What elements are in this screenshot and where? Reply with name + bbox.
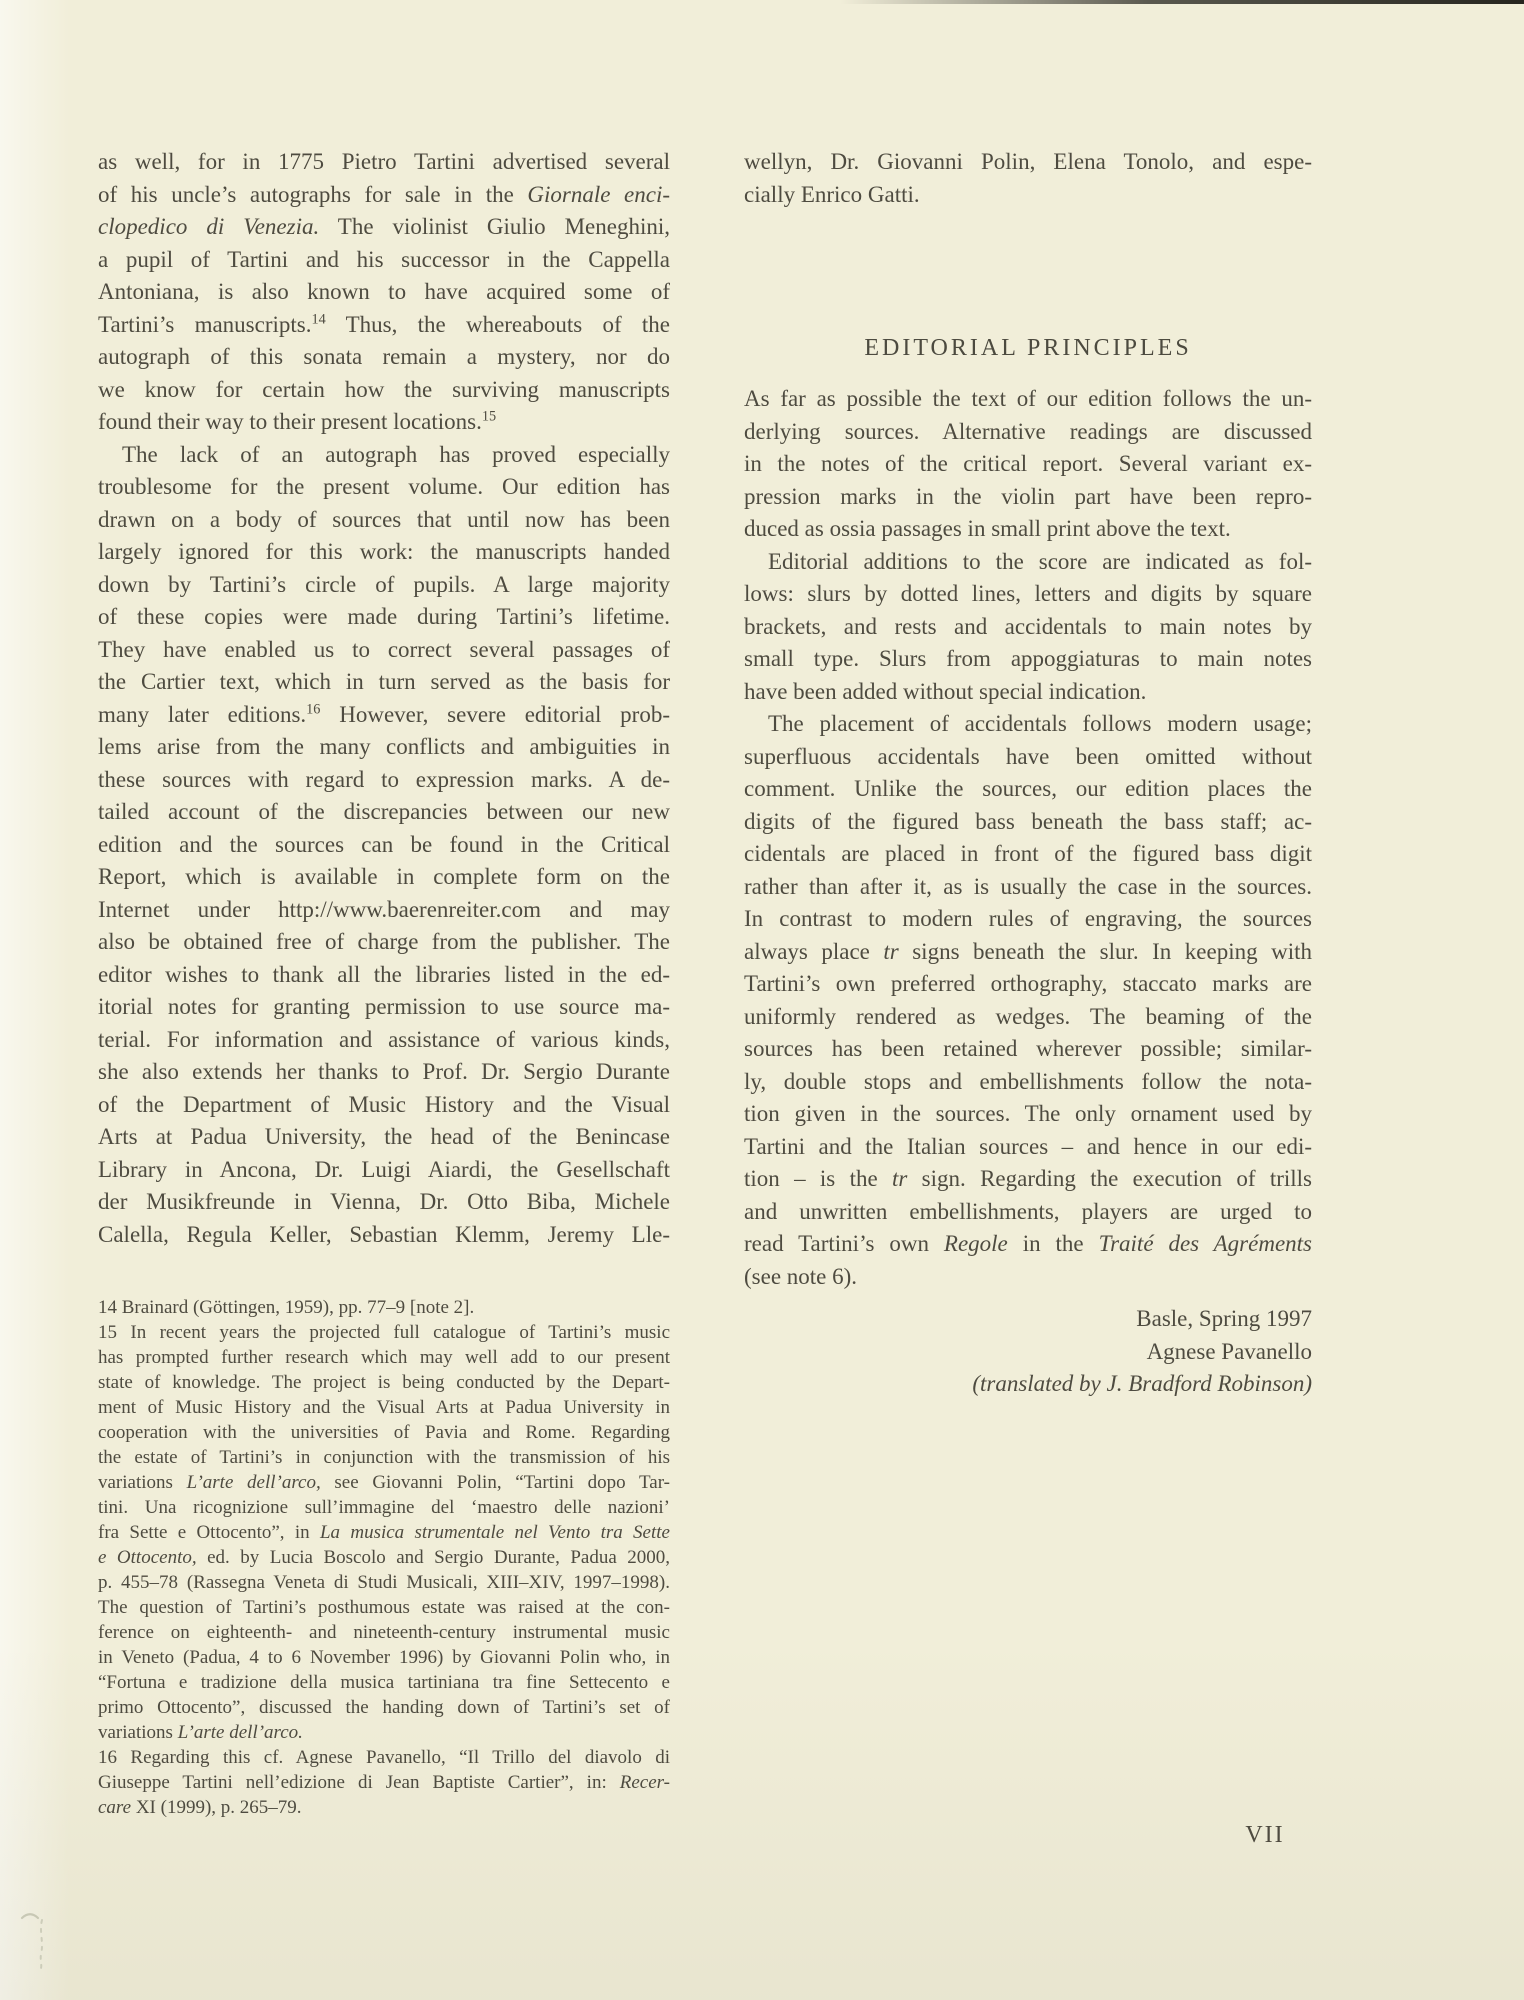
text-line: tion given in the sources. The only orna… — [744, 1098, 1312, 1131]
section-heading: EDITORIAL PRINCIPLES — [744, 333, 1312, 363]
text-line: Agnese Pavanello — [744, 1336, 1312, 1369]
text-line: many later editions.16 However, severe e… — [98, 699, 670, 732]
text-line: Tartini and the Italian sources – and he… — [744, 1131, 1312, 1164]
page-number: VII — [1185, 1822, 1345, 1849]
text-line: p. 455–78 (Rassegna Veneta di Studi Musi… — [98, 1570, 670, 1595]
text-line: der Musikfreunde in Vienna, Dr. Otto Bib… — [98, 1186, 670, 1219]
text-line: tini. Una ricognizione sull’immagine del… — [98, 1495, 670, 1520]
text-line: largely ignored for this work: the manus… — [98, 536, 670, 569]
text-line: As far as possible the text of our editi… — [744, 383, 1312, 416]
text-line: lows: slurs by dotted lines, letters and… — [744, 578, 1312, 611]
pencil-mark — [16, 1902, 60, 1974]
text-line: The question of Tartini’s posthumous est… — [98, 1595, 670, 1620]
text-line: Antoniana, is also known to have acquire… — [98, 276, 670, 309]
paragraph: As far as possible the text of our editi… — [744, 383, 1312, 546]
footnote: 16 Regarding this cf. Agnese Pavanello, … — [98, 1745, 670, 1820]
text-line: editor wishes to thank all the libraries… — [98, 959, 670, 992]
text-line: these sources with regard to expression … — [98, 764, 670, 797]
text-line: drawn on a body of sources that until no… — [98, 504, 670, 537]
text-line: fra Sette e Ottocento”, in La musica str… — [98, 1520, 670, 1545]
text-line: e Ottocento, ed. by Lucia Boscolo and Se… — [98, 1545, 670, 1570]
text-line: of the Department of Music History and t… — [98, 1089, 670, 1122]
text-line: 14 Brainard (Göttingen, 1959), pp. 77–9 … — [98, 1295, 670, 1320]
signature-block: Basle, Spring 1997Agnese Pavanello(trans… — [744, 1303, 1312, 1401]
text-line: as well, for in 1775 Pietro Tartini adve… — [98, 146, 670, 179]
text-line: of his uncle’s autographs for sale in th… — [98, 179, 670, 212]
text-line: care XI (1999), p. 265–79. — [98, 1795, 670, 1820]
text-line: itorial notes for granting permission to… — [98, 991, 670, 1024]
footnotes: 14 Brainard (Göttingen, 1959), pp. 77–9 … — [98, 1295, 670, 1820]
text-line: she also extends her thanks to Prof. Dr.… — [98, 1056, 670, 1089]
left-body-text: as well, for in 1775 Pietro Tartini adve… — [98, 146, 670, 1251]
text-line: Giuseppe Tartini nell’edizione di Jean B… — [98, 1770, 670, 1795]
text-line: always place tr signs beneath the slur. … — [744, 936, 1312, 969]
text-line: in Veneto (Padua, 4 to 6 November 1996) … — [98, 1645, 670, 1670]
book-page: as well, for in 1775 Pietro Tartini adve… — [0, 0, 1524, 2000]
text-line: rather than after it, as is usually the … — [744, 871, 1312, 904]
footnote: 14 Brainard (Göttingen, 1959), pp. 77–9 … — [98, 1295, 670, 1320]
text-line: duced as ossia passages in small print a… — [744, 513, 1312, 546]
text-line: ment of Music History and the Visual Art… — [98, 1395, 670, 1420]
text-line: clopedico di Venezia. The violinist Giul… — [98, 211, 670, 244]
paragraph: as well, for in 1775 Pietro Tartini adve… — [98, 146, 670, 439]
text-line: a pupil of Tartini and his successor in … — [98, 244, 670, 277]
text-line: terial. For information and assistance o… — [98, 1024, 670, 1057]
text-line: They have enabled us to correct several … — [98, 634, 670, 667]
paragraph: The lack of an autograph has proved espe… — [98, 439, 670, 1252]
text-line: found their way to their present locatio… — [98, 406, 670, 439]
text-line: also be obtained free of charge from the… — [98, 926, 670, 959]
text-line: tailed account of the discrepancies betw… — [98, 796, 670, 829]
text-line: digits of the figured bass beneath the b… — [744, 806, 1312, 839]
text-line: Calella, Regula Keller, Sebastian Klemm,… — [98, 1219, 670, 1252]
text-line: (see note 6). — [744, 1261, 1312, 1294]
text-line: and unwritten embellishments, players ar… — [744, 1196, 1312, 1229]
text-line: edition and the sources can be found in … — [98, 829, 670, 862]
text-line: Report, which is available in complete f… — [98, 861, 670, 894]
text-line: Library in Ancona, Dr. Luigi Aiardi, the… — [98, 1154, 670, 1187]
right-body-text: wellyn, Dr. Giovanni Polin, Elena Tonolo… — [744, 146, 1312, 1401]
text-line: state of knowledge. The project is being… — [98, 1370, 670, 1395]
text-line: read Tartini’s own Regole in the Traité … — [744, 1228, 1312, 1261]
scan-edge-shadow — [840, 0, 1524, 4]
text-line: variations L’arte dell’arco. — [98, 1720, 670, 1745]
text-line: Arts at Padua University, the head of th… — [98, 1121, 670, 1154]
text-line: the estate of Tartini’s in conjunction w… — [98, 1445, 670, 1470]
paragraph: wellyn, Dr. Giovanni Polin, Elena Tonolo… — [744, 146, 1312, 211]
text-line: (translated by J. Bradford Robinson) — [744, 1368, 1312, 1401]
text-line: variations L’arte dell’arco, see Giovann… — [98, 1470, 670, 1495]
text-line: tion – is the tr sign. Regarding the exe… — [744, 1163, 1312, 1196]
text-line: cially Enrico Gatti. — [744, 179, 1312, 212]
text-line: down by Tartini’s circle of pupils. A la… — [98, 569, 670, 602]
text-line: lems arise from the many conflicts and a… — [98, 731, 670, 764]
text-line: uniformly rendered as wedges. The beamin… — [744, 1001, 1312, 1034]
text-line: Basle, Spring 1997 — [744, 1303, 1312, 1336]
text-line: wellyn, Dr. Giovanni Polin, Elena Tonolo… — [744, 146, 1312, 179]
text-line: ference on eighteenth- and nineteenth-ce… — [98, 1620, 670, 1645]
left-column: as well, for in 1775 Pietro Tartini adve… — [98, 146, 670, 1820]
text-line: we know for certain how the surviving ma… — [98, 374, 670, 407]
text-line: the Cartier text, which in turn served a… — [98, 666, 670, 699]
text-line: 16 Regarding this cf. Agnese Pavanello, … — [98, 1745, 670, 1770]
text-line: cidentals are placed in front of the fig… — [744, 838, 1312, 871]
text-line: cooperation with the universities of Pav… — [98, 1420, 670, 1445]
text-line: troublesome for the present volume. Our … — [98, 471, 670, 504]
text-line: in the notes of the critical report. Sev… — [744, 448, 1312, 481]
text-line: “Fortuna e tradizione della musica tarti… — [98, 1670, 670, 1695]
text-line: brackets, and rests and accidentals to m… — [744, 611, 1312, 644]
text-line: Internet under http://www.baerenreiter.c… — [98, 894, 670, 927]
text-line: has prompted further research which may … — [98, 1345, 670, 1370]
right-column: wellyn, Dr. Giovanni Polin, Elena Tonolo… — [744, 146, 1312, 1401]
text-line: In contrast to modern rules of engraving… — [744, 903, 1312, 936]
text-line: have been added without special indicati… — [744, 676, 1312, 709]
paragraph: Editorial additions to the score are ind… — [744, 546, 1312, 709]
text-line: comment. Unlike the sources, our edition… — [744, 773, 1312, 806]
text-line: ly, double stops and embellishments foll… — [744, 1066, 1312, 1099]
text-line: The placement of accidentals follows mod… — [744, 708, 1312, 741]
text-line: primo Ottocento”, discussed the handing … — [98, 1695, 670, 1720]
text-line: pression marks in the violin part have b… — [744, 481, 1312, 514]
text-line: of these copies were made during Tartini… — [98, 601, 670, 634]
text-line: autograph of this sonata remain a myster… — [98, 341, 670, 374]
paragraph: The placement of accidentals follows mod… — [744, 708, 1312, 1293]
text-line: Tartini’s manuscripts.14 Thus, the where… — [98, 309, 670, 342]
text-line: small type. Slurs from appoggiaturas to … — [744, 643, 1312, 676]
text-line: sources has been retained wherever possi… — [744, 1033, 1312, 1066]
text-line: 15 In recent years the projected full ca… — [98, 1320, 670, 1345]
text-line: Editorial additions to the score are ind… — [744, 546, 1312, 579]
footnote: 15 In recent years the projected full ca… — [98, 1320, 670, 1745]
text-line: superfluous accidentals have been omitte… — [744, 741, 1312, 774]
text-line: derlying sources. Alternative readings a… — [744, 416, 1312, 449]
text-line: Tartini’s own preferred orthography, sta… — [744, 968, 1312, 1001]
text-line: The lack of an autograph has proved espe… — [98, 439, 670, 472]
